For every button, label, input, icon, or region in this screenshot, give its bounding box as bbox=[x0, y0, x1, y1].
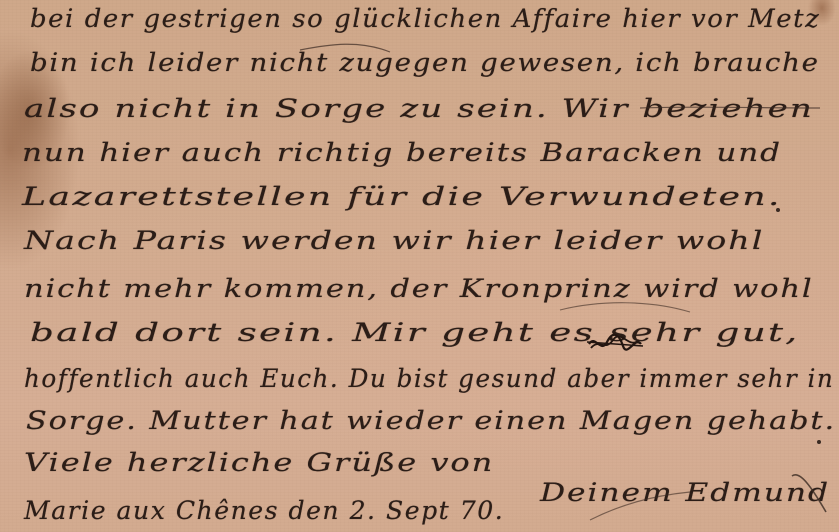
letter-line-7: nicht mehr kommen, der Kronprinz wird wo… bbox=[24, 274, 814, 303]
signature: Deinem Edmund bbox=[540, 478, 830, 507]
letter-line-10: Sorge. Mutter hat wieder einen Magen geh… bbox=[26, 406, 836, 435]
letter-line-11-greeting: Viele herzliche Grüße von bbox=[24, 448, 494, 477]
letter-line-9: hoffentlich auch Euch. Du bist gesund ab… bbox=[24, 364, 834, 393]
letter-line-12-place-date: Marie aux Chênes den 2. Sept 70. bbox=[24, 496, 504, 525]
ink-dot bbox=[776, 208, 780, 212]
letter-line-2: bin ich leider nicht zugegen gewesen, ic… bbox=[30, 48, 820, 77]
letter-line-1: bei der gestrigen so glücklichen Affaire… bbox=[30, 4, 820, 33]
letter-line-3: also nicht in Sorge zu sein. Wir beziehe… bbox=[24, 94, 814, 123]
letter-line-4: nun hier auch richtig bereits Baracken u… bbox=[22, 138, 782, 167]
letter-line-6: Nach Paris werden wir hier leider wohl bbox=[24, 226, 764, 255]
ink-dot bbox=[817, 440, 821, 444]
letter-line-8: bald dort sein. Mir geht es sehr gut, bbox=[30, 318, 799, 347]
struck-out-word bbox=[585, 330, 645, 356]
letter-line-5: Lazarettstellen für die Verwundeten. bbox=[22, 182, 782, 211]
